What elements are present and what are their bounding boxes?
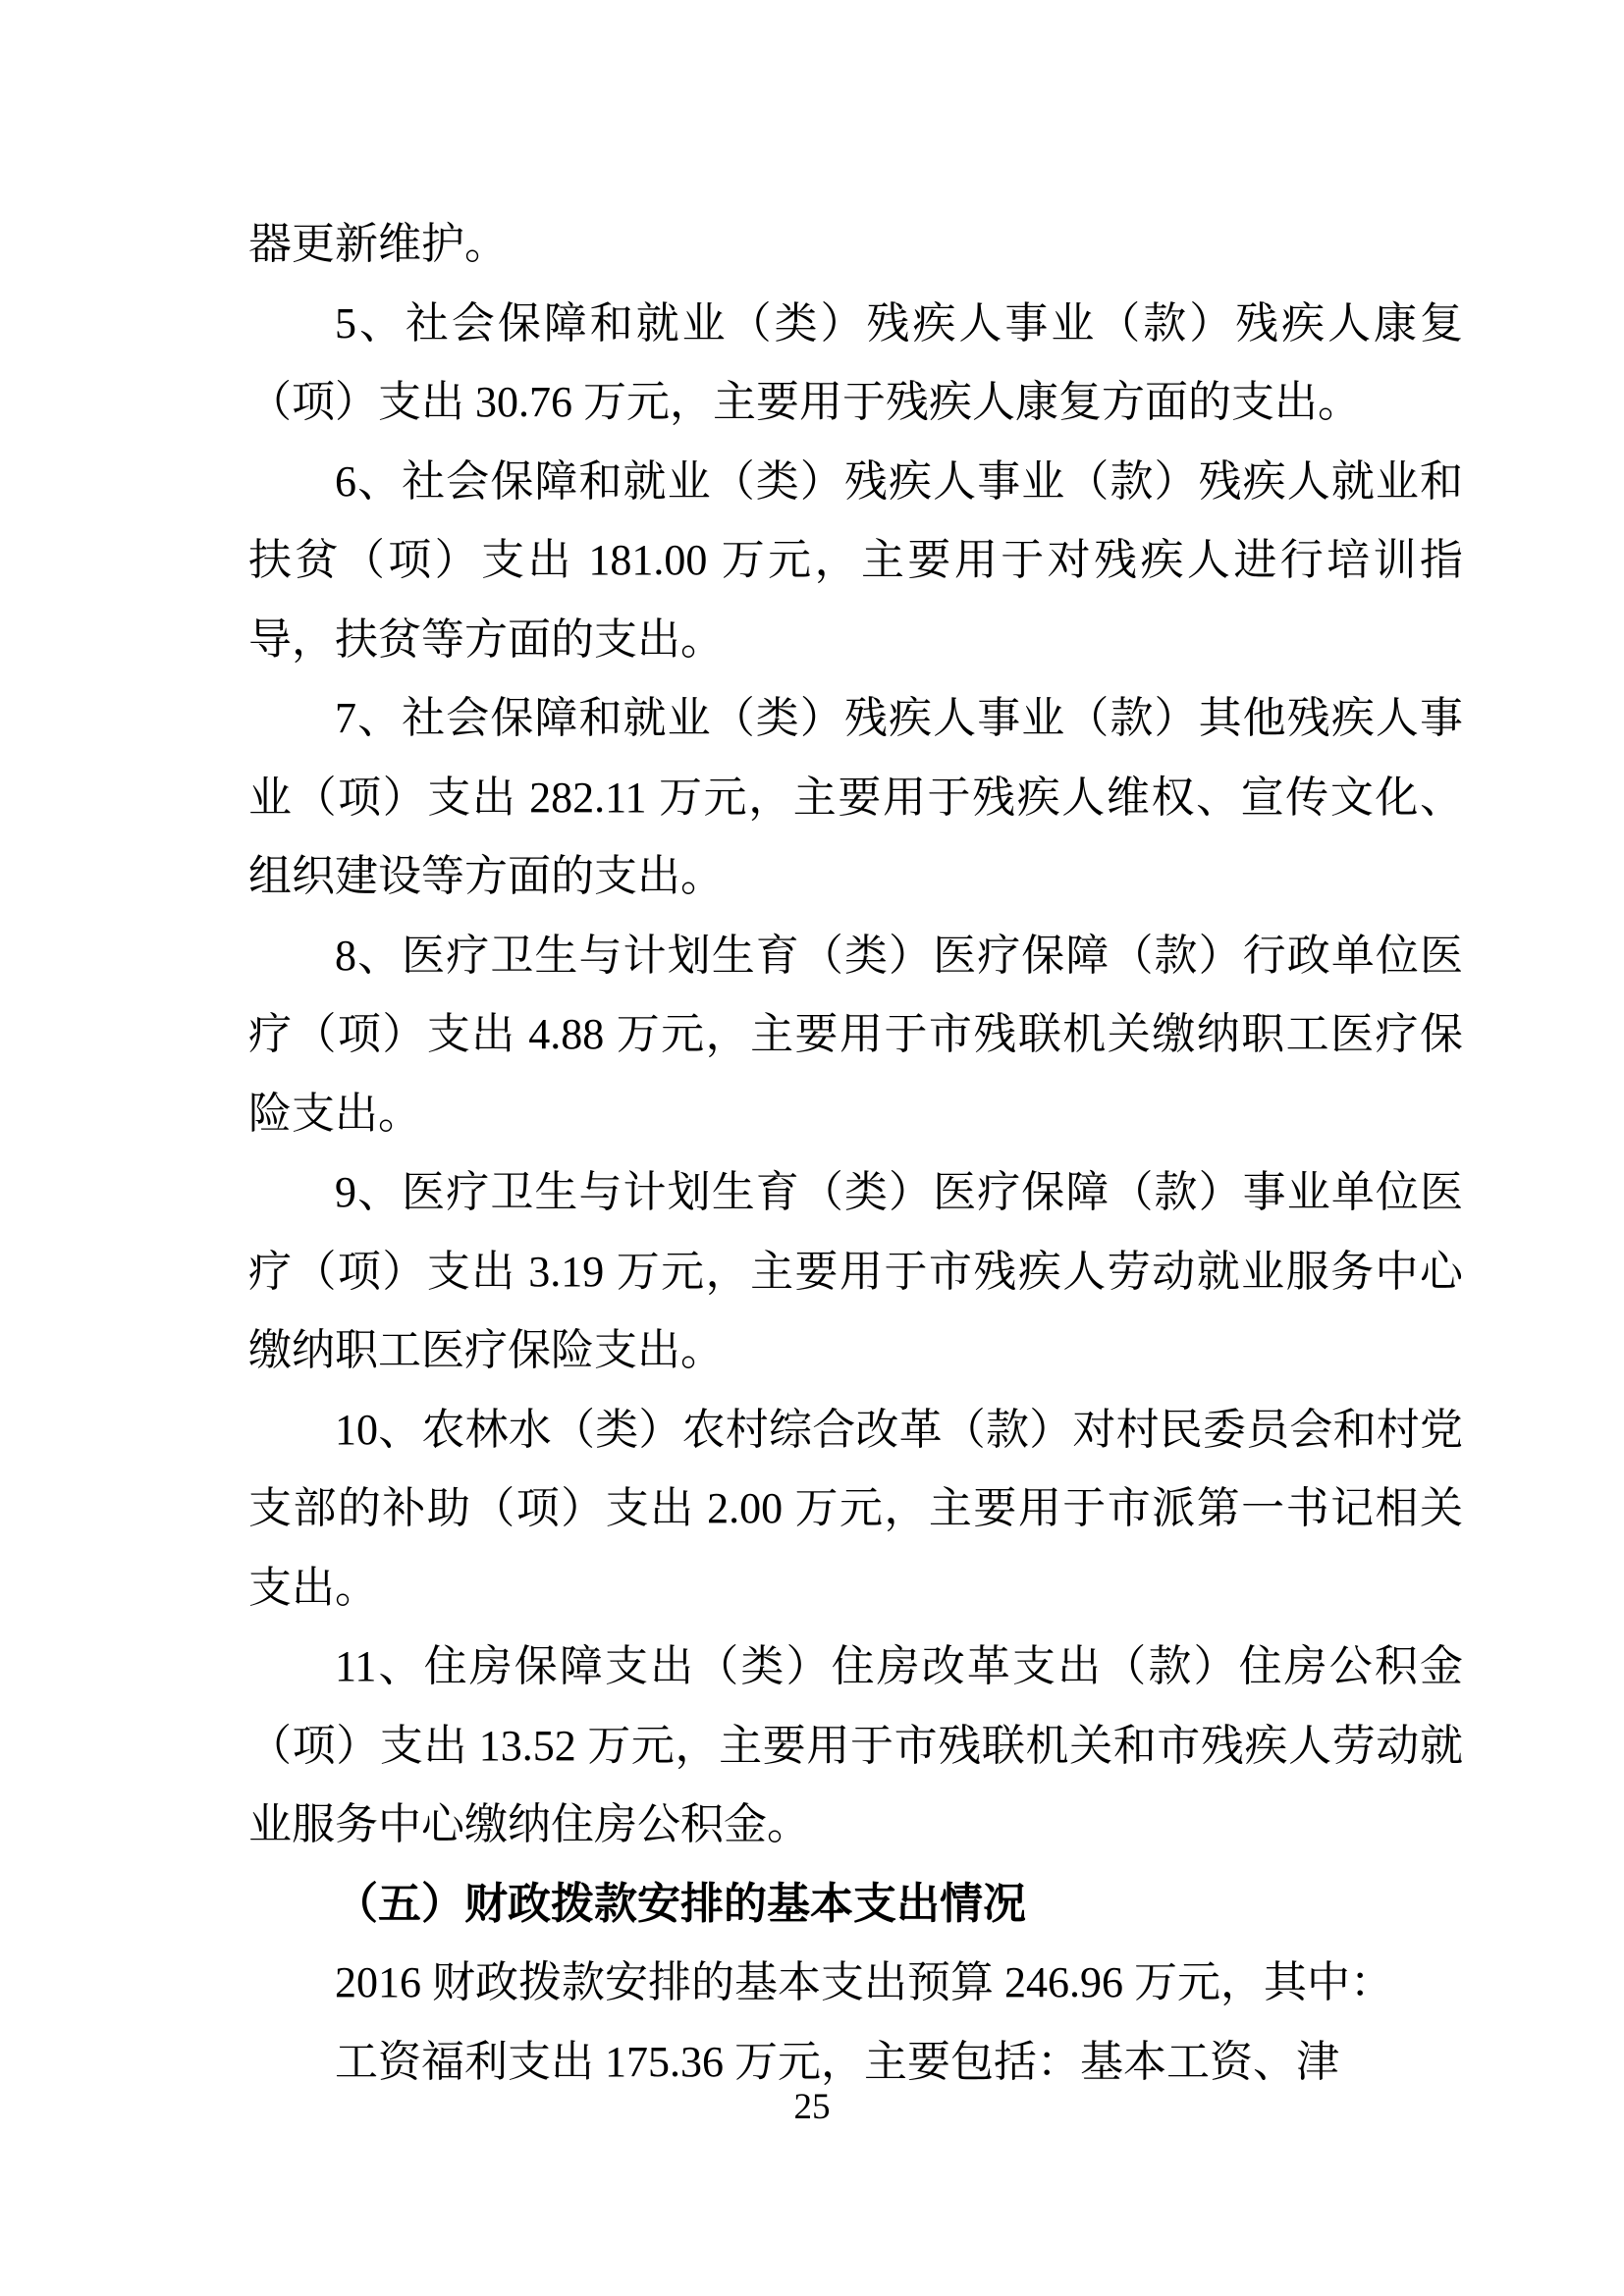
paragraph-item-10: 10、农林水（类）农村综合改革（款）对村民委员会和村党支部的补助（项）支出 2.… (248, 1391, 1463, 1629)
paragraph-item-6: 6、社会保障和就业（类）残疾人事业（款）残疾人就业和扶贫（项）支出 181.00… (248, 443, 1463, 680)
page-number: 25 (0, 2087, 1624, 2128)
paragraph-item-8: 8、医疗卫生与计划生育（类）医疗保障（款）行政单位医疗（项）支出 4.88 万元… (248, 917, 1463, 1154)
paragraph-item-11: 11、住房保障支出（类）住房改革支出（款）住房公积金（项）支出 13.52 万元… (248, 1628, 1463, 1865)
paragraph-item-9: 9、医疗卫生与计划生育（类）医疗保障（款）事业单位医疗（项）支出 3.19 万元… (248, 1153, 1463, 1391)
section-heading-5: （五）财政拨款安排的基本支出情况 (248, 1865, 1463, 1945)
document-page: 器更新维护。 5、社会保障和就业（类）残疾人事业（款）残疾人康复（项）支出 30… (0, 0, 1624, 2296)
paragraph-continuation: 器更新维护。 (248, 205, 1463, 285)
paragraph-item-7: 7、社会保障和就业（类）残疾人事业（款）其他残疾人事业（项）支出 282.11 … (248, 679, 1463, 917)
paragraph-item-5: 5、社会保障和就业（类）残疾人事业（款）残疾人康复（项）支出 30.76 万元，… (248, 285, 1463, 443)
paragraph-budget-total: 2016 财政拨款安排的基本支出预算 246.96 万元，其中： (248, 1944, 1463, 2023)
body-text-block: 器更新维护。 5、社会保障和就业（类）残疾人事业（款）残疾人康复（项）支出 30… (248, 205, 1463, 2102)
